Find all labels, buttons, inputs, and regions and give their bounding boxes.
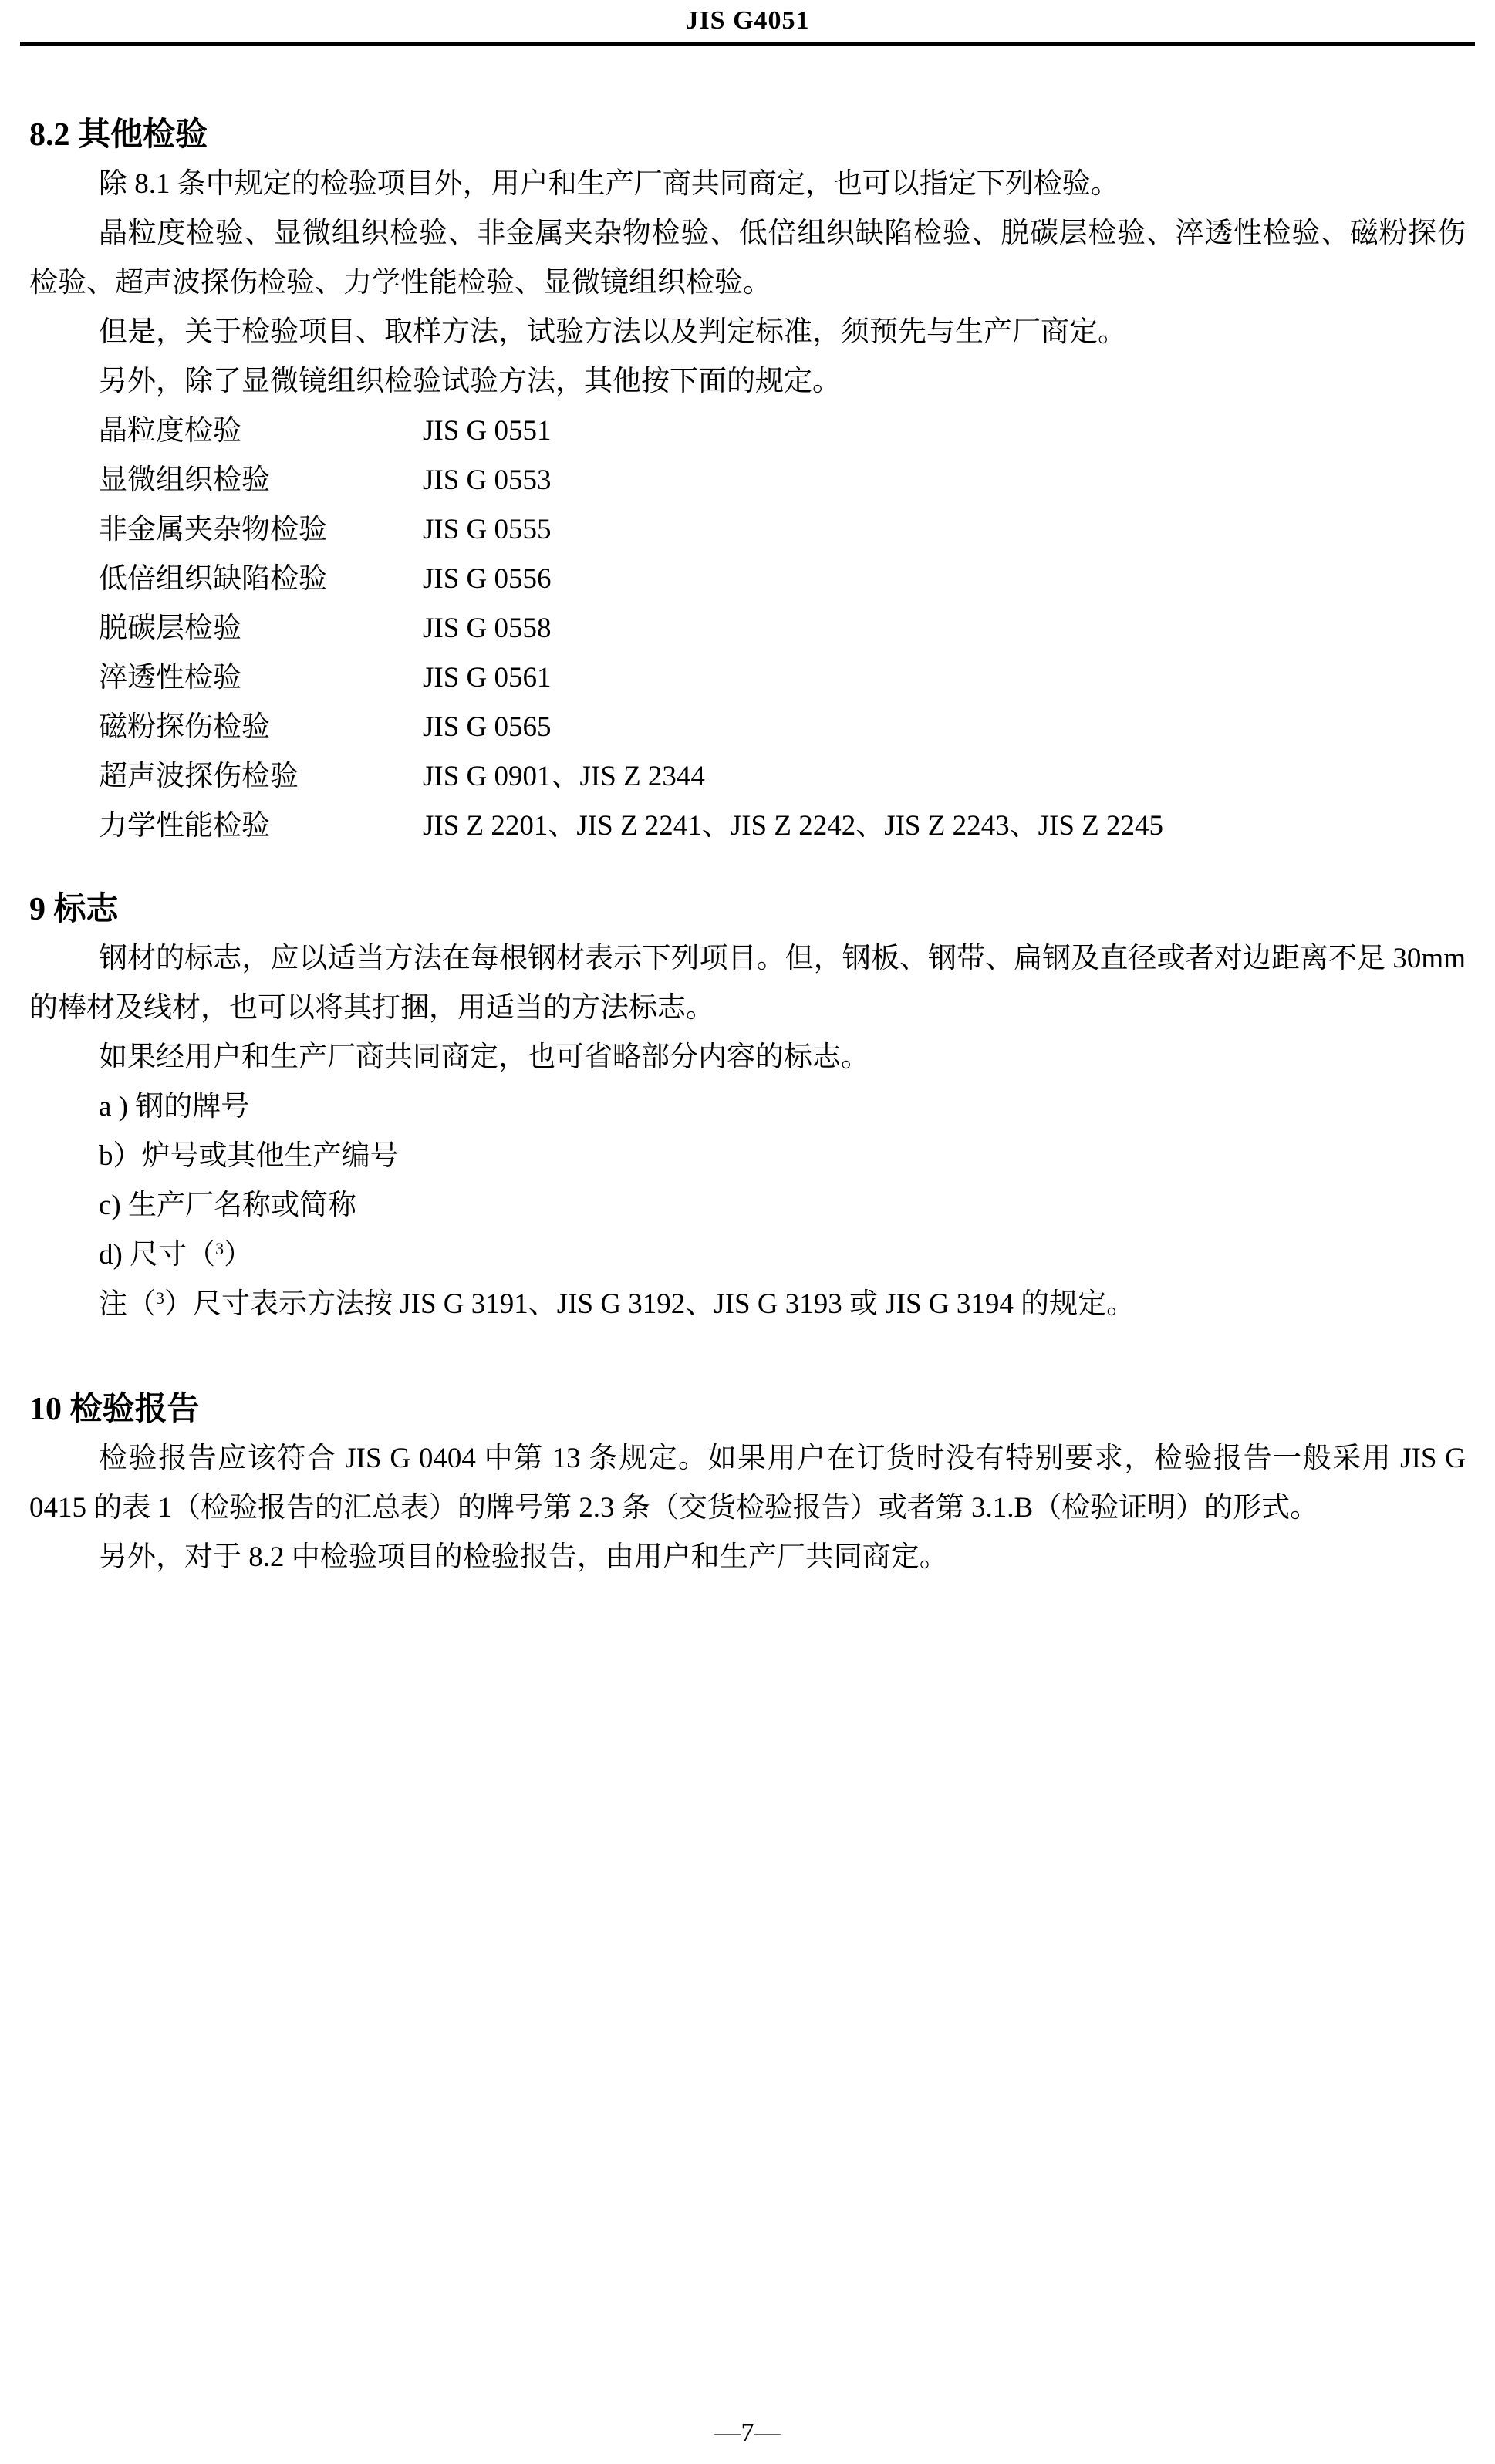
standard-code: JIS G 0551 — [423, 407, 1466, 456]
marking-item-text: c) 生产厂名称或简称 — [99, 1190, 356, 1221]
section-9-heading: 9 标志 — [29, 885, 1466, 934]
standard-row: 非金属夹杂物检验 JIS G 0555 — [99, 505, 1466, 555]
standard-name: 显微组织检验 — [99, 456, 423, 505]
section-8-2-paragraph-1: 除 8.1 条中规定的检验项目外，用户和生产厂商共同商定，也可以指定下列检验。 — [29, 160, 1466, 209]
standard-code: JIS G 0555 — [423, 505, 1466, 555]
footnote-text: ）尺寸表示方法按 JIS G 3191、JIS G 3192、JIS G 319… — [164, 1288, 1135, 1320]
standard-name: 晶粒度检验 — [99, 407, 423, 456]
footnote-line: 注（3）尺寸表示方法按 JIS G 3191、JIS G 3192、JIS G … — [99, 1280, 1466, 1329]
standard-row: 晶粒度检验 JIS G 0551 — [99, 407, 1466, 456]
section-8-2-paragraph-2: 晶粒度检验、显微组织检验、非金属夹杂物检验、低倍组织缺陷检验、脱碳层检验、淬透性… — [29, 209, 1466, 308]
standard-row: 淬透性检验 JIS G 0561 — [99, 653, 1466, 703]
section-9-paragraph-2: 如果经用户和生产厂商共同商定，也可省略部分内容的标志。 — [29, 1033, 1466, 1082]
standard-code: JIS G 0558 — [423, 604, 1466, 653]
standard-name: 脱碳层检验 — [99, 604, 423, 653]
marking-item-c: c) 生产厂名称或简称 — [99, 1181, 1466, 1230]
standard-row: 力学性能检验 JIS Z 2201、JIS Z 2241、JIS Z 2242、… — [99, 802, 1466, 851]
standard-code: JIS Z 2201、JIS Z 2241、JIS Z 2242、JIS Z 2… — [423, 802, 1466, 851]
standard-row: 脱碳层检验 JIS G 0558 — [99, 604, 1466, 653]
standard-name: 磁粉探伤检验 — [99, 703, 423, 752]
doc-code: JIS G4051 — [685, 6, 809, 35]
marking-items: a ) 钢的牌号 b）炉号或其他生产编号 c) 生产厂名称或简称 d) 尺寸（3… — [29, 1082, 1466, 1280]
footnote-paren-open: （ — [187, 1239, 215, 1271]
footnote-prefix: 注（ — [99, 1288, 156, 1320]
marking-item-d: d) 尺寸（3） — [99, 1230, 1466, 1280]
standards-list: 晶粒度检验 JIS G 0551 显微组织检验 JIS G 0553 非金属夹杂… — [29, 407, 1466, 851]
footnote-paren-close: ） — [224, 1239, 252, 1271]
marking-item-b: b）炉号或其他生产编号 — [99, 1132, 1466, 1181]
marking-item-a: a ) 钢的牌号 — [99, 1082, 1466, 1132]
section-10-paragraph-2: 另外，对于 8.2 中检验项目的检验报告，由用户和生产厂共同商定。 — [29, 1533, 1466, 1582]
standard-row: 显微组织检验 JIS G 0553 — [99, 456, 1466, 505]
page-number: —7— — [715, 2418, 781, 2447]
standard-row: 低倍组织缺陷检验 JIS G 0556 — [99, 555, 1466, 604]
standard-code: JIS G 0565 — [423, 703, 1466, 752]
section-8-2-paragraph-4: 另外，除了显微镜组织检验试验方法，其他按下面的规定。 — [29, 357, 1466, 407]
standard-name: 非金属夹杂物检验 — [99, 505, 423, 555]
footnote-marker: 3 — [156, 1288, 164, 1308]
standard-name: 低倍组织缺陷检验 — [99, 555, 423, 604]
header-rule — [20, 42, 1475, 46]
marking-item-text: a ) 钢的牌号 — [99, 1091, 249, 1122]
document-page: JIS G4051 8.2 其他检验 除 8.1 条中规定的检验项目外，用户和生… — [0, 0, 1495, 2464]
section-9-paragraph-1: 钢材的标志，应以适当方法在每根钢材表示下列项目。但，钢板、钢带、扁钢及直径或者对… — [29, 934, 1466, 1033]
standard-code: JIS G 0553 — [423, 456, 1466, 505]
standard-code: JIS G 0561 — [423, 653, 1466, 703]
standard-code: JIS G 0901、JIS Z 2344 — [423, 752, 1466, 802]
standard-name: 超声波探伤检验 — [99, 752, 423, 802]
section-10-paragraph-1: 检验报告应该符合 JIS G 0404 中第 13 条规定。如果用户在订货时没有… — [29, 1434, 1466, 1533]
standard-name: 淬透性检验 — [99, 653, 423, 703]
section-10-heading: 10 检验报告 — [29, 1385, 1466, 1434]
standard-name: 力学性能检验 — [99, 802, 423, 851]
standard-row: 磁粉探伤检验 JIS G 0565 — [99, 703, 1466, 752]
page-footer: —7— — [0, 2418, 1495, 2449]
marking-item-text: d) 尺寸 — [99, 1239, 187, 1271]
standard-code: JIS G 0556 — [423, 555, 1466, 604]
section-8-2-heading: 8.2 其他检验 — [29, 110, 1466, 160]
document-header: JIS G4051 — [0, 0, 1495, 37]
document-body: 8.2 其他检验 除 8.1 条中规定的检验项目外，用户和生产厂商共同商定，也可… — [29, 110, 1466, 1582]
section-8-2-paragraph-3: 但是，关于检验项目、取样方法，试验方法以及判定标准，须预先与生产厂商定。 — [29, 308, 1466, 357]
standard-row: 超声波探伤检验 JIS G 0901、JIS Z 2344 — [99, 752, 1466, 802]
marking-item-text: b）炉号或其他生产编号 — [99, 1140, 399, 1172]
footnote-marker: 3 — [215, 1239, 224, 1258]
